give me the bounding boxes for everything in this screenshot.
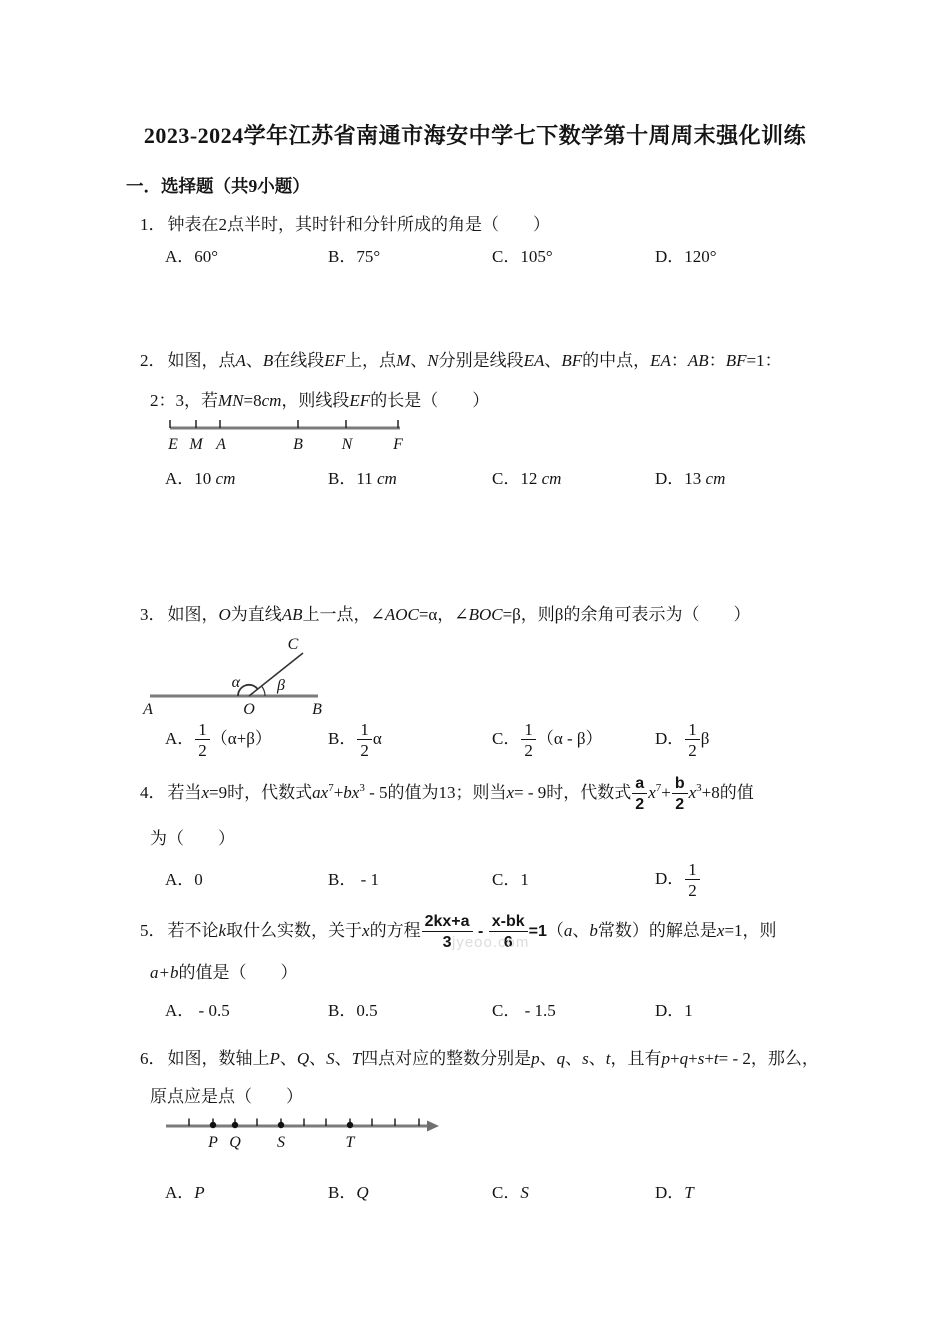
q6-option-b: B．Q — [328, 1180, 492, 1206]
question-2: 2．如图，点A、B在线段EF上，点M、N分别是线段EA、BF的中点，EA：AB：… — [140, 348, 890, 492]
q3-option-b: B．12α — [328, 720, 492, 760]
option-label: C． — [492, 469, 520, 488]
point-label-A: A — [142, 701, 153, 718]
q1-option-d: D．120° — [655, 244, 890, 270]
option-value: 0.5 — [356, 1001, 377, 1020]
point-label-S: S — [277, 1134, 285, 1151]
q3-option-a: A．12（α+β） — [165, 720, 328, 760]
option-value: 1 — [520, 870, 529, 889]
q4-option-d: D．12 — [655, 860, 890, 900]
arrow-head — [427, 1121, 439, 1132]
point-label-O: O — [243, 701, 255, 718]
q2-option-c: C．12 cm — [492, 466, 655, 492]
q6-stem-text: 如图，数轴上P、Q、S、T四点对应的整数分别是p、q、s、t，且有p+q+s+t… — [168, 1049, 819, 1068]
point-label-M: M — [188, 436, 204, 453]
option-value: 12 — [684, 869, 701, 888]
option-label: C． — [492, 1183, 520, 1202]
option-label: B． — [328, 469, 356, 488]
q4-options: A．0 B． - 1 C．1 D．12 — [165, 860, 890, 900]
q1-option-c: C．105° — [492, 244, 655, 270]
section-heading: 一．选择题（共9小题） — [126, 173, 950, 198]
option-label: A． — [165, 729, 194, 748]
q2-option-a: A．10 cm — [165, 466, 328, 492]
number-line-figure: P Q S T — [163, 1110, 463, 1154]
q2-stem: 2．如图，点A、B在线段EF上，点M、N分别是线段EA、BF的中点，EA：AB：… — [140, 348, 890, 374]
q2-option-d: D．13 cm — [655, 466, 890, 492]
q3-stem: 3．如图，O为直线AB上一点，∠AOC=α，∠BOC=β，则β的余角可表示为（ … — [140, 602, 890, 628]
exam-document: 2023-2024学年江苏省南通市海安中学七下数学第十周周末强化训练 一．选择题… — [0, 0, 950, 1344]
option-value: - 1 — [356, 870, 379, 889]
q1-number: 1． — [140, 215, 166, 234]
q4-stem-text: 若当x=9时，代数式ax7+bx3 - 5的值为13；则当x= - 9时，代数式… — [168, 783, 754, 802]
page-title: 2023-2024学年江苏省南通市海安中学七下数学第十周周末强化训练 — [0, 0, 950, 150]
alpha-label: α — [232, 674, 241, 691]
option-label: B． — [328, 1001, 356, 1020]
option-value: 1 — [684, 1001, 693, 1020]
q5-stem-line2: a+b的值是（ ） — [150, 960, 890, 986]
q4-number: 4． — [140, 783, 166, 802]
q4-option-c: C．1 — [492, 867, 655, 893]
q1-option-a: A．60° — [165, 244, 328, 270]
option-value: P — [194, 1183, 204, 1202]
q5-option-b: B．0.5 — [328, 998, 492, 1024]
q6-number: 6． — [140, 1049, 166, 1068]
option-label: A． — [165, 870, 194, 889]
q3-number: 3． — [140, 605, 166, 624]
option-label: D． — [655, 869, 684, 888]
question-1: 1．钟表在2点半时，其时针和分针所成的角是（ ） A．60° B．75° C．1… — [140, 212, 890, 270]
q5-option-d: D．1 — [655, 998, 890, 1024]
point-label-N: N — [341, 436, 354, 453]
option-label: D． — [655, 1001, 684, 1020]
q4-option-b: B． - 1 — [328, 867, 492, 893]
option-value: - 1.5 — [520, 1001, 555, 1020]
beta-label: β — [276, 677, 285, 694]
point-label-P: P — [207, 1134, 218, 1151]
option-label: C． — [492, 1001, 520, 1020]
q5-number: 5． — [140, 921, 166, 940]
option-label: B． — [328, 247, 356, 266]
question-6: 6．如图，数轴上P、Q、S、T四点对应的整数分别是p、q、s、t，且有p+q+s… — [140, 1046, 890, 1206]
option-label: C． — [492, 870, 520, 889]
q3-option-d: D．12β — [655, 720, 890, 760]
q3-options: A．12（α+β） B．12α C．12（α - β） D．12β — [165, 720, 890, 760]
q6-option-a: A．P — [165, 1180, 328, 1206]
question-5: 5．若不论k取什么实数，关于x的方程2kx+a3 - x-bk6=1（a、b常数… — [140, 912, 890, 1024]
point-label-B: B — [293, 436, 303, 453]
option-value: S — [520, 1183, 529, 1202]
option-value: 120° — [684, 247, 716, 266]
option-label: C． — [492, 729, 520, 748]
option-label: B． — [328, 1183, 356, 1202]
option-label: D． — [655, 469, 684, 488]
point-label-T: T — [346, 1134, 356, 1151]
option-label: A． — [165, 469, 194, 488]
segment-EF-figure: E M A B N F — [168, 416, 408, 456]
option-value: T — [684, 1183, 693, 1202]
option-label: D． — [655, 729, 684, 748]
option-value: 75° — [356, 247, 380, 266]
option-value: 12（α+β） — [194, 729, 272, 748]
q6-option-c: C．S — [492, 1180, 655, 1206]
q1-stem: 1．钟表在2点半时，其时针和分针所成的角是（ ） — [140, 212, 890, 238]
q6-option-d: D．T — [655, 1180, 890, 1206]
option-label: B． — [328, 870, 356, 889]
q2-stem-text: 如图，点A、B在线段EF上，点M、N分别是线段EA、BF的中点，EA：AB：BF… — [168, 351, 782, 370]
point-label-Q: Q — [229, 1134, 241, 1151]
q4-option-a: A．0 — [165, 867, 328, 893]
option-value: 0 — [194, 870, 203, 889]
option-label: D． — [655, 247, 684, 266]
option-label: A． — [165, 1001, 194, 1020]
point-label-A: A — [215, 436, 226, 453]
q5-option-a: A． - 0.5 — [165, 998, 328, 1024]
q2-stem-line2: 2：3，若MN=8cm，则线段EF的长是（ ） — [150, 388, 890, 414]
option-value: 10 cm — [194, 469, 235, 488]
q1-stem-text: 钟表在2点半时，其时针和分针所成的角是（ ） — [168, 215, 551, 234]
option-value: - 0.5 — [194, 1001, 229, 1020]
q5-option-c: C． - 1.5 — [492, 998, 655, 1024]
point-label-E: E — [168, 436, 178, 453]
q6-stem-line2: 原点应是点（ ） — [150, 1084, 890, 1110]
option-label: B． — [328, 729, 356, 748]
q6-options: A．P B．Q C．S D．T — [165, 1180, 890, 1206]
question-3: 3．如图，O为直线AB上一点，∠AOC=α，∠BOC=β，则β的余角可表示为（ … — [140, 602, 890, 760]
option-label: D． — [655, 1183, 684, 1202]
option-value: 60° — [194, 247, 218, 266]
option-value: 12β — [684, 729, 709, 748]
site-watermark: jyeoo.com — [452, 934, 529, 951]
option-value: 105° — [520, 247, 552, 266]
point-label-B: B — [312, 701, 322, 718]
option-value: 12（α - β） — [520, 729, 602, 748]
q2-number: 2． — [140, 351, 166, 370]
q3-option-c: C．12（α - β） — [492, 720, 655, 760]
option-value: 11 cm — [356, 469, 396, 488]
option-value: Q — [356, 1183, 368, 1202]
question-4: 4．若当x=9时，代数式ax7+bx3 - 5的值为13；则当x= - 9时，代… — [140, 774, 890, 900]
option-value: 13 cm — [684, 469, 725, 488]
q2-option-b: B．11 cm — [328, 466, 492, 492]
option-value: 12α — [356, 729, 381, 748]
q1-option-b: B．75° — [328, 244, 492, 270]
point-label-C: C — [288, 636, 299, 653]
option-label: A． — [165, 1183, 194, 1202]
q4-stem-line2: 为（ ） — [150, 826, 890, 852]
angle-AOB-figure: C α β A O B — [140, 634, 340, 718]
q1-options: A．60° B．75° C．105° D．120° — [165, 244, 890, 270]
q2-options: A．10 cm B．11 cm C．12 cm D．13 cm — [165, 466, 890, 492]
option-label: C． — [492, 247, 520, 266]
q6-stem: 6．如图，数轴上P、Q、S、T四点对应的整数分别是p、q、s、t，且有p+q+s… — [140, 1046, 890, 1072]
option-value: 12 cm — [520, 469, 561, 488]
q4-stem: 4．若当x=9时，代数式ax7+bx3 - 5的值为13；则当x= - 9时，代… — [140, 774, 890, 814]
option-label: A． — [165, 247, 194, 266]
q3-stem-text: 如图，O为直线AB上一点，∠AOC=α，∠BOC=β，则β的余角可表示为（ ） — [168, 605, 751, 624]
q5-options: A． - 0.5 B．0.5 C． - 1.5 D．1 — [165, 998, 890, 1024]
point-label-F: F — [392, 436, 403, 453]
